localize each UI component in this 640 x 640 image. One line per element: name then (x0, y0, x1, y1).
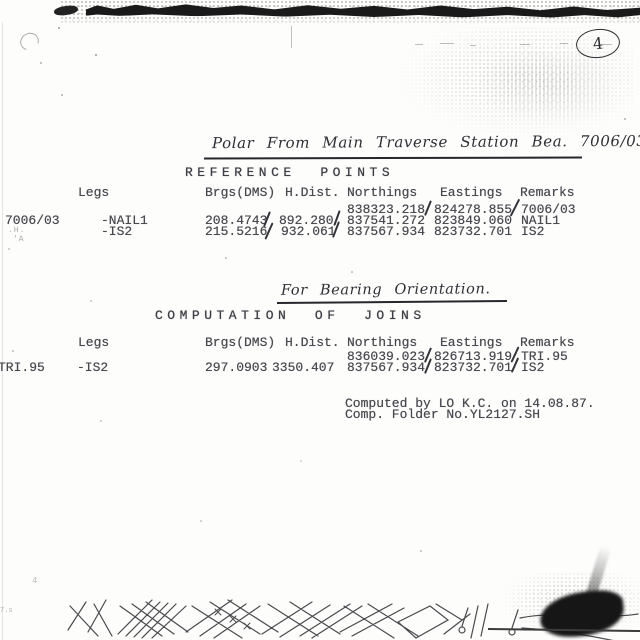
join-r1-northings: 837567.934 (347, 361, 425, 374)
join-col-hdist: H.Dist. (285, 336, 340, 349)
speck (90, 300, 92, 302)
speck (630, 145, 632, 147)
ref-r2-northings: 837567.934 (347, 225, 425, 238)
join-r1-hdist: 3350.407 (272, 361, 334, 374)
handwritten-title: Polar From Main Traverse Station Bea. 70… (212, 134, 640, 151)
speck (12, 350, 14, 352)
computation-of-joins-heading: COMPUTATION OF JOINS (155, 309, 426, 322)
ref-col-northings: Northings (347, 186, 417, 199)
handwritten-orientation-note: For Bearing Orientation. (281, 282, 491, 298)
stray-vertical-mark (291, 26, 292, 48)
punch-hole-ghost (17, 30, 42, 54)
join-r1-remarks: IS2 (521, 361, 544, 374)
join-col-eastings: Eastings (440, 336, 502, 349)
speck (300, 460, 302, 462)
ref-col-remarks: Remarks (520, 186, 575, 199)
join-r1-brgs: 297.0903 (205, 361, 267, 374)
reference-points-heading: REFERENCE POINTS (185, 166, 394, 179)
orientation-underline (277, 300, 507, 304)
ref-r2-eastings: 823732.701 (434, 225, 512, 238)
speck (61, 94, 63, 96)
ref-r2-brgs: 215.5216 (205, 225, 267, 238)
speck (624, 118, 626, 120)
ref-r2-remarks: IS2 (521, 225, 544, 238)
page-number: 4 (592, 34, 604, 54)
speck (200, 520, 202, 522)
stray-dash (470, 45, 476, 46)
ref-col-hdist: H.Dist. (285, 186, 340, 199)
speck (420, 550, 422, 552)
ref-r2-hdist: 932.061 (281, 225, 336, 238)
speck (351, 271, 353, 273)
stray-dash (520, 44, 530, 45)
speck (58, 27, 60, 29)
handwritten-tick (424, 200, 431, 215)
speck (100, 420, 102, 422)
ref-col-eastings: Eastings (440, 186, 502, 199)
join-r1-legs: -IS2 (77, 361, 108, 374)
ref-r2-legs: -IS2 (101, 225, 132, 238)
stray-dash (440, 43, 454, 44)
speck (40, 62, 42, 64)
join-col-brgs: Brgs(DMS) (205, 336, 275, 349)
ghost-mark-h: .H. (8, 227, 25, 235)
speck (225, 257, 227, 259)
ref-col-legs: Legs (78, 186, 109, 199)
speck (8, 248, 10, 250)
join-col-remarks: Remarks (520, 336, 575, 349)
join-r1-eastings: 823732.701 (434, 361, 512, 374)
folder-note: Comp. Folder No.YL2127.SH (345, 408, 540, 421)
join-r1-station: TRI.95 (0, 361, 45, 374)
title-underline (204, 157, 582, 160)
ghost-corner-mark: 4 (32, 577, 37, 586)
join-col-legs: Legs (78, 336, 109, 349)
scan-edge-line (2, 22, 3, 640)
speck (95, 54, 97, 56)
ref-col-brgs: Brgs(DMS) (205, 186, 275, 199)
scanned-survey-document: { "page": { "number_badge": "4", "title_… (0, 0, 640, 640)
join-col-northings: Northings (347, 336, 417, 349)
stray-dash (560, 43, 568, 44)
speckle-cloud-dense (478, 52, 610, 126)
stray-dash (415, 44, 423, 45)
ghost-mark-a: 'A (13, 236, 25, 244)
ghost-edge-mark: 7.s (0, 608, 13, 615)
